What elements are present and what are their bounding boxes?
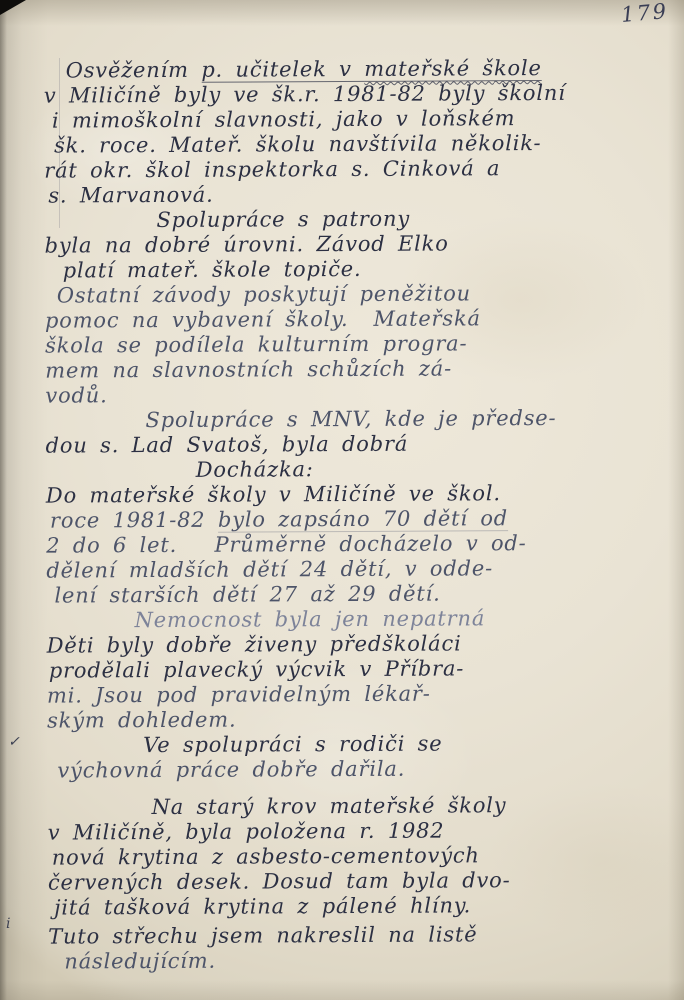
handwritten-segment: roce 1981-82: [50, 508, 218, 533]
handwritten-line: byla na dobré úrovni. Závod Elko: [45, 230, 657, 258]
handwritten-line: Ostatní závody poskytují peněžitou: [45, 280, 657, 308]
handwritten-segment: mateřské škole: [364, 56, 542, 82]
handwritten-line: mem na slavnostních schůzích zá-: [45, 355, 657, 383]
handwritten-line: Spolupráce s patrony: [44, 205, 656, 233]
handwritten-line: s. Marvanová.: [44, 180, 656, 208]
handwritten-segment: bylo zapsáno 70 dětí od: [218, 506, 508, 533]
handwritten-line: šk. roce. Mateř. školu navštívila několi…: [44, 130, 656, 158]
handwritten-line: Na starý krov mateřské školy: [47, 792, 659, 820]
handwritten-line: Docházka:: [46, 455, 658, 483]
scan-corner-artifact: [0, 0, 26, 15]
handwritten-line: platí mateř. škole topiče.: [45, 255, 657, 283]
handwritten-line: mi. Jsou pod pravidelným lékař-: [47, 680, 659, 708]
handwritten-line: dou s. Lad Svatoš, byla dobrá: [46, 430, 658, 458]
handwritten-line: Ve spolupráci s rodiči se: [47, 730, 659, 758]
handwritten-line: lení starších dětí 27 až 29 dětí.: [46, 580, 658, 608]
manuscript-text: Osvěžením p. učitelek v mateřské školev …: [44, 55, 661, 974]
handwritten-line: v Miličíně, byla položena r. 1982: [48, 817, 660, 845]
handwritten-line: ským dohledem.: [47, 705, 659, 733]
handwritten-line: prodělali plavecký výcvik v Příbra-: [47, 655, 659, 683]
chronicle-page-scan: 179 Osvěžením p. učitelek v mateřské ško…: [0, 0, 684, 1000]
handwritten-line: pomoc na vybavení školy. Mateřská: [45, 305, 657, 333]
handwritten-line: v Miličíně byly ve šk.r. 1981-82 byly šk…: [44, 80, 656, 108]
handwritten-line: Spolupráce s MNV, kde je předse-: [45, 405, 657, 433]
handwritten-line: nová krytina z asbesto-cementových: [48, 842, 660, 870]
handwritten-line: následujícím.: [48, 946, 660, 974]
handwritten-segment: Osvěžením: [66, 58, 202, 83]
handwritten-line: škola se podílela kulturním progra-: [45, 330, 657, 358]
handwritten-segment: p. učitelek v: [201, 57, 364, 83]
handwritten-line: jitá tašková krytina z pálené hlíny.: [48, 892, 660, 920]
handwritten-line: rát okr. škol inspektorka s. Cinková a: [44, 155, 656, 183]
handwritten-line: dělení mladších dětí 24 dětí, v odde-: [46, 555, 658, 583]
page-number: 179: [620, 0, 670, 27]
margin-mark: i: [6, 916, 10, 932]
handwritten-line: 2 do 6 let. Průměrně docházelo v od-: [46, 530, 658, 558]
handwritten-line: červených desek. Dosud tam byla dvo-: [48, 867, 660, 895]
handwritten-line: i mimoškolní slavnosti, jako v loňském: [44, 105, 656, 133]
handwritten-line: Do mateřské školy v Miličíně ve škol.: [46, 480, 658, 508]
handwritten-line: výchovná práce dobře dařila.: [47, 755, 659, 783]
handwritten-line: Nemocnost byla jen nepatrná: [46, 605, 658, 633]
handwritten-line: Děti byly dobře živeny předškoláci: [47, 630, 659, 658]
handwritten-line: roce 1981-82 bylo zapsáno 70 dětí od: [46, 505, 658, 533]
handwritten-line: Osvěžením p. učitelek v mateřské škole: [44, 55, 656, 83]
margin-mark: ✓: [8, 734, 20, 750]
handwritten-line: Tuto střechu jsem nakreslil na listě: [48, 921, 660, 949]
handwritten-line: vodů.: [45, 380, 657, 408]
